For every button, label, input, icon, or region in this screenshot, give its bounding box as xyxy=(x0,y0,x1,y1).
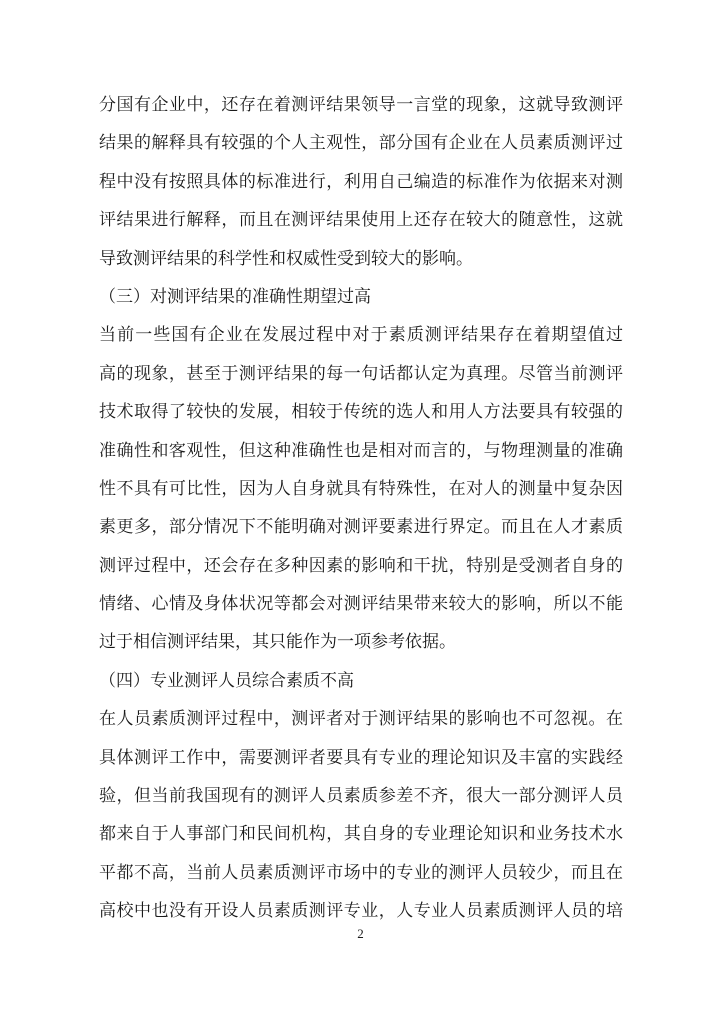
text-line: 当前一些国有企业在发展过程中对于素质测评结果存在着期望值过 xyxy=(99,316,623,354)
text-line: 程中没有按照具体的标准进行，利用自己编造的标准作为依据来对测 xyxy=(99,163,623,201)
section-heading-four: （四）专业测评人员综合素质不高 xyxy=(99,662,623,700)
text-line: 结果的解释具有较强的个人主观性，部分国有企业在人员素质测评过 xyxy=(99,124,623,162)
text-line: 评结果进行解释，而且在测评结果使用上还存在较大的随意性，这就 xyxy=(99,201,623,239)
page-number: 2 xyxy=(357,926,364,941)
text-line: 具体测评工作中，需要测评者要具有专业的理论知识及丰富的实践经 xyxy=(99,739,623,777)
paragraph-continuation-bottom: 在人员素质测评过程中，测评者对于测评结果的影响也不可忽视。在 具体测评工作中，需… xyxy=(99,700,623,930)
section-heading-three: （三）对测评结果的准确性期望过高 xyxy=(99,278,623,316)
text-line: 分国有企业中，还存在着测评结果领导一言堂的现象，这就导致测评 xyxy=(99,86,623,124)
page-footer: 2 xyxy=(0,924,721,944)
paragraph-continuation-top: 分国有企业中，还存在着测评结果领导一言堂的现象，这就导致测评 结果的解释具有较强… xyxy=(99,86,623,278)
paragraph-accuracy-expectation: 当前一些国有企业在发展过程中对于素质测评结果存在着期望值过 高的现象，甚至于测评… xyxy=(99,316,623,662)
text-line: 在人员素质测评过程中，测评者对于测评结果的影响也不可忽视。在 xyxy=(99,700,623,738)
text-line: 素更多，部分情况下不能明确对测评要素进行界定。而且在人才素质 xyxy=(99,508,623,546)
text-line: 验，但当前我国现有的测评人员素质参差不齐，很大一部分测评人员 xyxy=(99,777,623,815)
text-line: 技术取得了较快的发展，相较于传统的选人和用人方法要具有较强的 xyxy=(99,393,623,431)
text-line: 平都不高，当前人员素质测评市场中的专业的测评人员较少，而且在 xyxy=(99,854,623,892)
page-content: 分国有企业中，还存在着测评结果领导一言堂的现象，这就导致测评 结果的解释具有较强… xyxy=(99,86,623,931)
text-line: 情绪、心情及身体状况等都会对测评结果带来较大的影响，所以不能 xyxy=(99,585,623,623)
text-line: 过于相信测评结果，其只能作为一项参考依据。 xyxy=(99,623,623,661)
text-line: 高的现象，甚至于测评结果的每一句话都认定为真理。尽管当前测评 xyxy=(99,355,623,393)
text-line: 测评过程中，还会存在多种因素的影响和干扰，特别是受测者自身的 xyxy=(99,547,623,585)
text-line: 都来自于人事部门和民间机构，其自身的专业理论知识和业务技术水 xyxy=(99,815,623,853)
text-line: 性不具有可比性，因为人自身就具有特殊性，在对人的测量中复杂因 xyxy=(99,470,623,508)
document-page: 分国有企业中，还存在着测评结果领导一言堂的现象，这就导致测评 结果的解释具有较强… xyxy=(0,0,721,1020)
text-line: 准确性和客观性，但这种准确性也是相对而言的，与物理测量的准确 xyxy=(99,432,623,470)
text-line: 导致测评结果的科学性和权威性受到较大的影响。 xyxy=(99,240,623,278)
